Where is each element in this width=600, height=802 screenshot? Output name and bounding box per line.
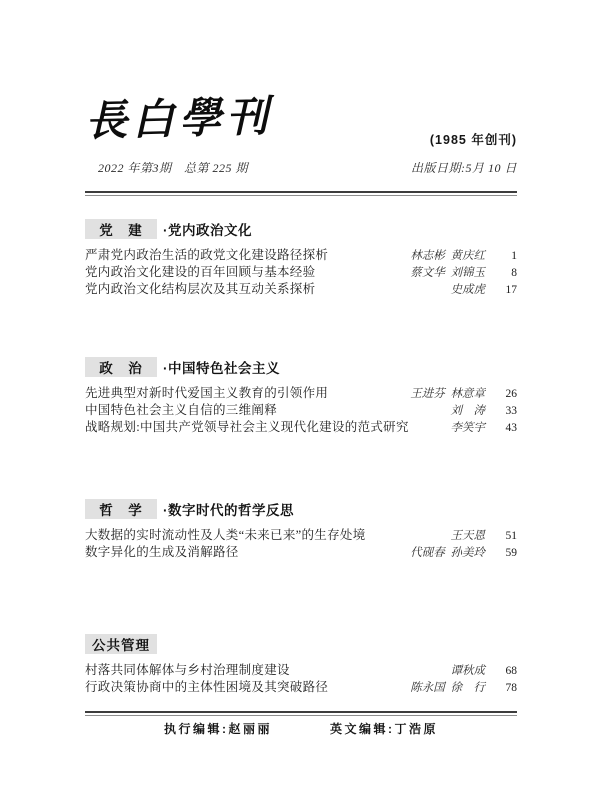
article-row: 先进典型对新时代爱国主义教育的引领作用 王进芬 林意章 26	[85, 385, 517, 402]
article-list: 大数据的实时流动性及人类“未来已来”的生存处境 王天恩 51 数字异化的生成及消…	[85, 527, 517, 561]
article-authors: 王天恩	[451, 528, 486, 545]
article-title: 中国特色社会主义自信的三维阐释	[85, 402, 451, 419]
publish-date: 出版日期:5月 10 日	[411, 159, 517, 176]
article-row: 战略规划:中国共产党领导社会主义现代化建设的范式研究 李笑宇 43	[85, 419, 517, 436]
article-title: 村落共同体解体与乡村治理制度建设	[85, 662, 451, 679]
article-title: 大数据的实时流动性及人类“未来已来”的生存处境	[85, 527, 451, 544]
article-authors: 代砚春 孙美玲	[410, 545, 485, 562]
article-title: 战略规划:中国共产党领导社会主义现代化建设的范式研究	[85, 419, 451, 436]
article-page-number: 1	[497, 248, 517, 265]
article-row: 村落共同体解体与乡村治理制度建设 谭秋成 68	[85, 662, 517, 679]
article-page-number: 59	[497, 545, 517, 562]
article-authors: 蔡文华 刘锦玉	[410, 265, 485, 282]
section-label-box: 党 建	[85, 219, 157, 239]
article-title: 先进典型对新时代爱国主义教育的引领作用	[85, 385, 410, 402]
article-page-number: 51	[497, 528, 517, 545]
article-title: 数字异化的生成及消解路径	[85, 544, 410, 561]
section-philosophy: 哲 学 ·数字时代的哲学反思 大数据的实时流动性及人类“未来已来”的生存处境 王…	[85, 499, 517, 561]
article-row: 党内政治文化建设的百年回顾与基本经验 蔡文华 刘锦玉 8	[85, 264, 517, 281]
article-row: 党内政治文化结构层次及其互动关系探析 史成虎 17	[85, 281, 517, 298]
issue-row: 2022 年第3期 总第 225 期 出版日期:5月 10 日	[85, 159, 517, 176]
section-subtitle: ·中国特色社会主义	[163, 357, 280, 377]
section-party-building: 党 建 ·党内政治文化 严肃党内政治生活的政党文化建设路径探析 林志彬 黄庆红 …	[85, 219, 517, 298]
article-authors: 林志彬 黄庆红	[410, 248, 485, 265]
founded-note: (1985 年创刊)	[430, 130, 517, 148]
section-label-box: 政 治	[85, 357, 157, 377]
bottom-double-rule	[85, 711, 517, 716]
article-title: 严肃党内政治生活的政党文化建设路径探析	[85, 247, 410, 264]
section-subtitle: ·数字时代的哲学反思	[163, 499, 294, 519]
section-politics: 政 治 ·中国特色社会主义 先进典型对新时代爱国主义教育的引领作用 王进芬 林意…	[85, 357, 517, 436]
footer-editors: 执行编辑:赵丽丽 英文编辑:丁浩原	[85, 720, 517, 737]
journal-toc-page: 長白學刊 (1985 年创刊) 2022 年第3期 总第 225 期 出版日期:…	[0, 0, 600, 802]
article-page-number: 43	[497, 420, 517, 437]
article-page-number: 68	[497, 663, 517, 680]
section-header: 政 治 ·中国特色社会主义	[85, 357, 517, 377]
article-page-number: 17	[497, 282, 517, 299]
article-page-number: 8	[497, 265, 517, 282]
article-row: 严肃党内政治生活的政党文化建设路径探析 林志彬 黄庆红 1	[85, 247, 517, 264]
section-label-box: 哲 学	[85, 499, 157, 519]
article-row: 行政决策协商中的主体性困境及其突破路径 陈永国 徐 行 78	[85, 679, 517, 696]
article-title: 党内政治文化建设的百年回顾与基本经验	[85, 264, 410, 281]
english-editor: 英文编辑:丁浩原	[330, 720, 438, 737]
section-header: 党 建 ·党内政治文化	[85, 219, 517, 239]
journal-title-calligraphy: 長白學刊	[84, 84, 274, 149]
article-page-number: 33	[497, 403, 517, 420]
top-double-rule	[85, 191, 517, 196]
article-list: 严肃党内政治生活的政党文化建设路径探析 林志彬 黄庆红 1 党内政治文化建设的百…	[85, 247, 517, 298]
section-header: 公共管理	[85, 634, 517, 654]
issue-info: 2022 年第3期 总第 225 期	[85, 159, 248, 176]
article-row: 数字异化的生成及消解路径 代砚春 孙美玲 59	[85, 544, 517, 561]
section-header: 哲 学 ·数字时代的哲学反思	[85, 499, 517, 519]
article-authors: 谭秋成	[451, 663, 486, 680]
section-public-administration: 公共管理 村落共同体解体与乡村治理制度建设 谭秋成 68 行政决策协商中的主体性…	[85, 634, 517, 696]
article-authors: 李笑宇	[451, 420, 486, 437]
article-title: 党内政治文化结构层次及其互动关系探析	[85, 281, 451, 298]
article-authors: 史成虎	[451, 282, 486, 299]
article-authors: 王进芬 林意章	[410, 386, 485, 403]
article-list: 先进典型对新时代爱国主义教育的引领作用 王进芬 林意章 26 中国特色社会主义自…	[85, 385, 517, 436]
article-authors: 陈永国 徐 行	[410, 680, 485, 697]
content-area: 長白學刊 (1985 年创刊) 2022 年第3期 总第 225 期 出版日期:…	[85, 0, 517, 802]
section-label-box: 公共管理	[85, 634, 157, 654]
article-list: 村落共同体解体与乡村治理制度建设 谭秋成 68 行政决策协商中的主体性困境及其突…	[85, 662, 517, 696]
executive-editor: 执行编辑:赵丽丽	[164, 720, 272, 737]
article-authors: 刘 涛	[451, 403, 486, 420]
article-row: 中国特色社会主义自信的三维阐释 刘 涛 33	[85, 402, 517, 419]
article-page-number: 26	[497, 386, 517, 403]
article-title: 行政决策协商中的主体性困境及其突破路径	[85, 679, 410, 696]
section-subtitle: ·党内政治文化	[163, 219, 252, 239]
article-page-number: 78	[497, 680, 517, 697]
article-row: 大数据的实时流动性及人类“未来已来”的生存处境 王天恩 51	[85, 527, 517, 544]
